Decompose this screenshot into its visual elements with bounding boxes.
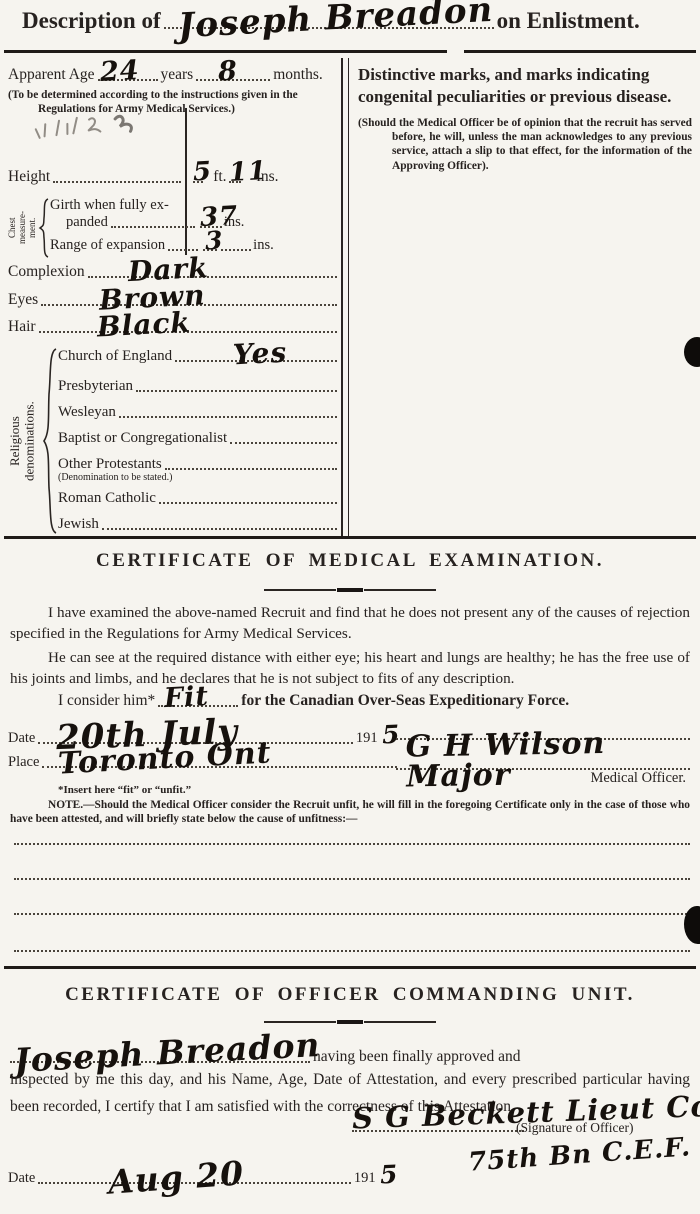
medical-paragraph-1: I have examined the above-named Recruit …: [10, 602, 690, 645]
section-rule-2: [4, 966, 696, 969]
officer-signature-leader: [352, 1130, 524, 1132]
denomination-label: Presbyterian: [58, 378, 133, 395]
consider-suffix: for the Canadian Over-Seas Expeditionary…: [241, 692, 569, 710]
medical-certificate-section: CERTIFICATE OF MEDICAL EXAMINATION. I ha…: [0, 544, 700, 966]
medical-certificate-heading: CERTIFICATE OF MEDICAL EXAMINATION.: [0, 550, 700, 572]
denomination-leader: [230, 442, 337, 444]
height-inches-line: 11: [229, 181, 241, 183]
distinctive-marks-column: Distinctive marks, and marks indicating …: [358, 64, 692, 173]
consider-fit-row: I consider him* Fit for the Canadian Ove…: [58, 692, 618, 710]
denomination-leader: [119, 416, 337, 418]
medical-place-row: Place Toronto Ont: [8, 754, 400, 771]
unfitness-blank-line-2: [14, 878, 690, 880]
insert-fit-note: *Insert here “fit” or “unfit.”: [58, 784, 191, 796]
unfitness-blank-line-1: [14, 843, 690, 845]
age-years-handwritten: 24: [99, 57, 140, 86]
officer-name-row: Joseph Breadon having been finally appro…: [10, 1032, 690, 1066]
consider-value-handwritten: Fit: [164, 683, 210, 712]
years-unit-label: years: [161, 66, 194, 84]
hair-label: Hair: [8, 318, 36, 336]
officer-date-leader: Aug 20: [38, 1182, 350, 1184]
expansion-leader-2: [221, 249, 251, 251]
title-suffix: on Enlistment.: [497, 8, 640, 34]
apparent-age-label: Apparent Age: [8, 66, 95, 84]
denomination-row-roman-catholic: Roman Catholic: [58, 490, 340, 507]
officer-name-leader: Joseph Breadon: [10, 1061, 310, 1063]
height-label: Height: [8, 168, 50, 186]
apparent-age-row: Apparent Age 24 years 8 months.: [8, 66, 340, 84]
column-divider: [341, 58, 349, 537]
unfitness-blank-line-3: [14, 913, 690, 915]
denomination-leader: [159, 502, 337, 504]
title-prefix: Description of: [22, 8, 161, 34]
denomination-row-other-protestants: Other Protestants (Denomination to be st…: [58, 456, 340, 483]
religious-denominations-group: Religious denominations. Church of Engla…: [8, 346, 340, 536]
medical-officer-label: Medical Officer.: [590, 770, 686, 787]
hair-row: Hair Black: [8, 318, 340, 336]
officer-unit-handwritten: 75th Bn C.E.F.: [467, 1134, 691, 1176]
denomination-label: Wesleyan: [58, 404, 116, 421]
religious-brace: [42, 346, 58, 536]
denomination-label: Other Protestants: [58, 456, 162, 473]
age-years-line: 24: [98, 79, 158, 81]
chest-group-label: Chest measure- ment.: [8, 197, 38, 259]
feet-unit-label: ft.: [213, 168, 226, 186]
officer-date-label: Date: [8, 1170, 35, 1187]
medical-place-leader: Toronto Ont: [42, 766, 397, 768]
signature-of-officer-label: (Signature of Officer): [516, 1120, 633, 1136]
header-rule: [4, 50, 696, 53]
medical-paragraph-2: He can see at the required distance with…: [10, 647, 690, 690]
description-left-column: Apparent Age 24 years 8 months. (To be d…: [8, 58, 340, 538]
officer-certificate-heading: CERTIFICATE OF OFFICER COMMANDING UNIT.: [0, 984, 700, 1006]
denomination-label: Roman Catholic: [58, 490, 156, 507]
medical-signature-block: G H Wilson Major Medical Officer.: [396, 722, 690, 786]
chest-measurement-group: Chest measure- ment. Girth when fully ex…: [8, 197, 340, 259]
expansion-unit-label: ins.: [253, 237, 274, 254]
denomination-leader: [102, 528, 337, 530]
girth-label-line2: panded: [50, 214, 108, 231]
title-name-line: Joseph Breadon: [164, 27, 494, 29]
denomination-label: Jewish: [58, 516, 99, 533]
medical-place-handwritten: Toronto Ont: [58, 738, 273, 779]
officer-date-row: Date Aug 20 191 5: [8, 1162, 398, 1187]
officer-certificate-section: CERTIFICATE OF OFFICER COMMANDING UNIT. …: [0, 974, 700, 1214]
ink-blot-top: [684, 337, 700, 367]
hair-value-handwritten: Black: [96, 309, 191, 342]
chest-rows: Girth when fully ex- panded 37 ins. Rang…: [50, 197, 340, 259]
age-months-line: 8: [196, 79, 270, 81]
denomination-row-jewish: Jewish: [58, 516, 340, 533]
girth-leader: [111, 226, 195, 228]
denomination-row-wesleyan: Wesleyan: [58, 404, 340, 421]
recruit-name-handwritten: Joseph Breadon: [177, 0, 494, 43]
denomination-label: Baptist or Congregationalist: [58, 430, 227, 447]
hair-leader: Black: [39, 331, 337, 333]
officer-year-handwritten: 5: [379, 1162, 399, 1188]
medical-date-label: Date: [8, 730, 35, 747]
medical-year-printed: 191: [356, 730, 378, 747]
complexion-leader: Dark: [88, 276, 337, 278]
height-feet-handwritten: 5: [193, 159, 213, 186]
complexion-row: Complexion Dark: [8, 263, 340, 281]
eyes-label: Eyes: [8, 291, 38, 309]
denomination-leader: Yes: [175, 360, 337, 362]
age-months-handwritten: 8: [218, 58, 239, 86]
attestation-form-page: Description of Joseph Breadon on Enlistm…: [0, 0, 700, 1214]
denomination-sub-note: (Denomination to be stated.): [58, 473, 340, 483]
officer-year-printed: 191: [354, 1170, 376, 1187]
unfitness-note: NOTE.—Should the Medical Officer conside…: [10, 798, 690, 826]
chest-brace: [38, 197, 50, 259]
distinctive-marks-heading: Distinctive marks, and marks indicating …: [358, 64, 692, 108]
medical-place-label: Place: [8, 754, 39, 771]
consider-value-line: Fit: [158, 705, 238, 707]
height-row: Height 5 ft. 11 ins.: [8, 168, 340, 186]
consider-prefix: I consider him*: [58, 692, 155, 710]
height-feet-line: 5: [193, 181, 203, 183]
denomination-row-presbyterian: Presbyterian: [58, 378, 340, 395]
height-leader: [53, 181, 181, 183]
denomination-leader: [136, 390, 337, 392]
religious-group-label: Religious denominations.: [8, 346, 42, 536]
complexion-label: Complexion: [8, 263, 85, 281]
expansion-label: Range of expansion: [50, 237, 165, 254]
officer-heading-rule: [0, 1020, 700, 1024]
girth-label-line1: Girth when fully ex-: [50, 197, 340, 214]
distinctive-marks-note: (Should the Medical Officer be of opinio…: [358, 116, 692, 173]
form-title: Description of Joseph Breadon on Enlistm…: [22, 8, 686, 34]
officer-date-handwritten: Aug 20: [107, 1156, 245, 1198]
officer-paragraph-line1: having been finally approved and: [313, 1048, 520, 1066]
denomination-label: Church of England: [58, 348, 172, 365]
church-of-england-value-handwritten: Yes: [232, 339, 288, 370]
religious-rows: Church of England Yes Presbyterian Wesle…: [58, 346, 340, 536]
denomination-row-baptist: Baptist or Congregationalist: [58, 430, 340, 447]
months-unit-label: months.: [273, 66, 323, 84]
unfitness-blank-line-4: [14, 950, 690, 952]
medical-heading-rule: [0, 588, 700, 592]
denomination-leader: [165, 468, 337, 470]
section-rule-1: [4, 536, 696, 539]
denomination-row-church-of-england: Church of England Yes: [58, 348, 340, 365]
girth-row: Girth when fully ex- panded 37 ins.: [50, 197, 340, 231]
height-inches-handwritten: 11: [228, 158, 267, 186]
